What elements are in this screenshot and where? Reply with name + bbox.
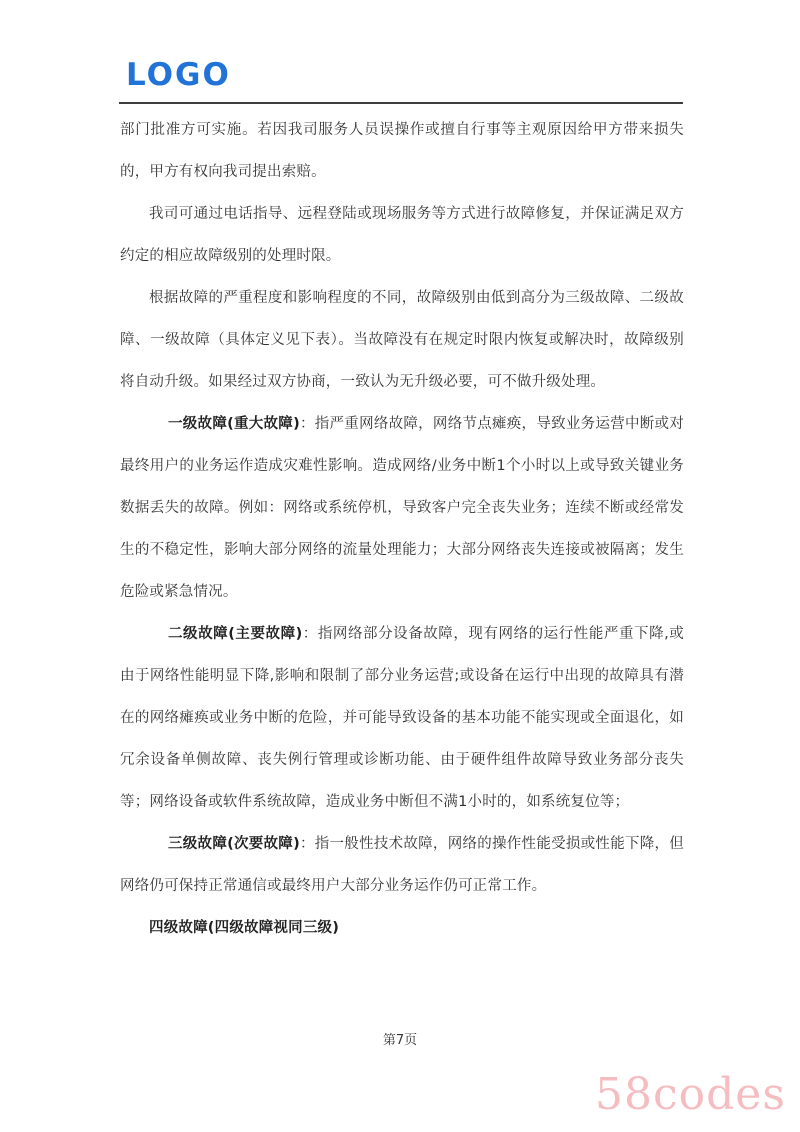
paragraph-text: ：指网络部分设备故障，现有网络的运行性能严重下降,或由于网络性能明显下降,影响和…	[120, 626, 684, 810]
page-number: 第7页	[0, 1031, 800, 1051]
fault-level-1-heading: 一级故障(重大故障)	[168, 416, 300, 432]
paragraph: 部门批准方可实施。若因我司服务人员误操作或擅自行事等主观原因给甲方带来损失的，甲…	[120, 109, 684, 193]
paragraph: 我司可通过电话指导、远程登陆或现场服务等方式进行故障修复，并保证满足双方约定的相…	[120, 193, 684, 277]
paragraph-text: 根据故障的严重程度和影响程度的不同，故障级别由低到高分为三级故障、二级故障、一级…	[120, 290, 684, 390]
paragraph-text: ：指严重网络故障，网络节点瘫痪，导致业务运营中断或对最终用户的业务运作造成灾难性…	[120, 416, 684, 600]
document-page: LOGO 部门批准方可实施。若因我司服务人员误操作或擅自行事等主观原因给甲方带来…	[0, 0, 800, 1132]
paragraph-fault-level-1: 一级故障(重大故障)：指严重网络故障，网络节点瘫痪，导致业务运营中断或对最终用户…	[120, 403, 684, 613]
fault-level-2-heading: 二级故障(主要故障)	[168, 626, 302, 642]
paragraph-fault-level-2: 二级故障(主要故障)：指网络部分设备故障，现有网络的运行性能严重下降,或由于网络…	[120, 613, 684, 823]
paragraph-fault-level-4: 四级故障(四级故障视同三级)	[120, 907, 684, 949]
watermark: 58codes	[595, 1070, 786, 1120]
logo: LOGO	[126, 58, 231, 92]
paragraph: 根据故障的严重程度和影响程度的不同，故障级别由低到高分为三级故障、二级故障、一级…	[120, 277, 684, 403]
fault-level-3-heading: 三级故障(次要故障)	[168, 836, 300, 852]
document-body: 部门批准方可实施。若因我司服务人员误操作或擅自行事等主观原因给甲方带来损失的，甲…	[120, 109, 684, 949]
fault-level-4-heading: 四级故障(四级故障视同三级)	[149, 920, 339, 936]
paragraph-fault-level-3: 三级故障(次要故障)：指一般性技术故障，网络的操作性能受损或性能下降，但网络仍可…	[120, 823, 684, 907]
header-divider	[119, 102, 683, 104]
paragraph-text: 我司可通过电话指导、远程登陆或现场服务等方式进行故障修复，并保证满足双方约定的相…	[120, 206, 684, 264]
paragraph-text: 部门批准方可实施。若因我司服务人员误操作或擅自行事等主观原因给甲方带来损失的，甲…	[120, 122, 684, 180]
